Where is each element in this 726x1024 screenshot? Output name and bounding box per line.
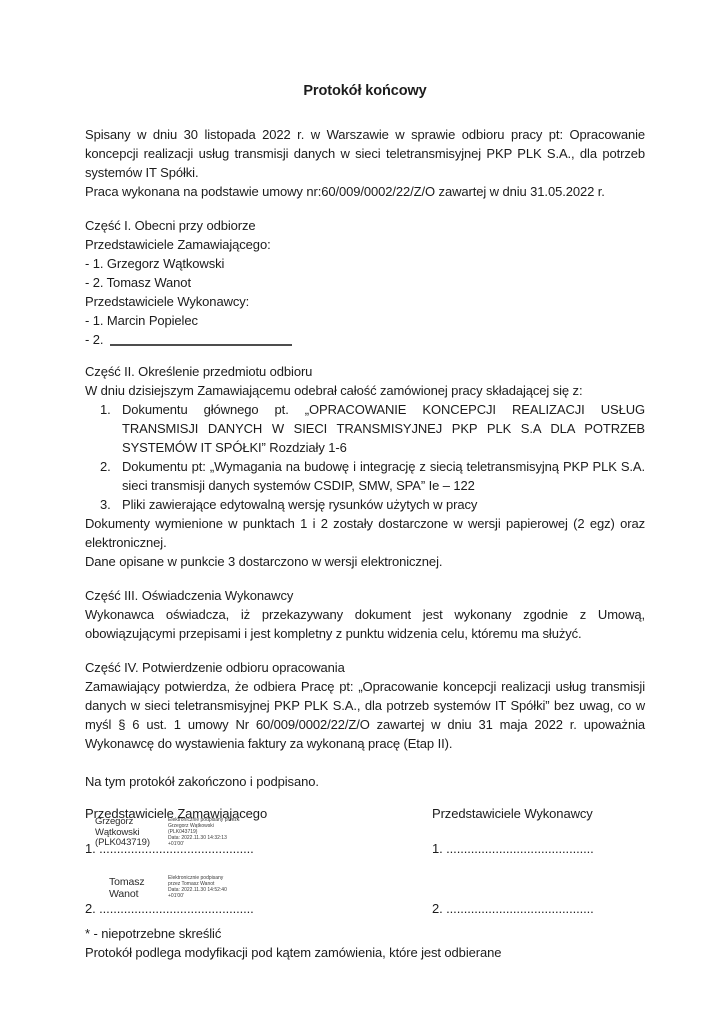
part4-heading: Część IV. Potwierdzenie odbioru opracowa… — [85, 658, 645, 677]
part3-section: Część III. Oświadczenia Wykonawcy Wykona… — [85, 586, 645, 643]
list-item: 1. Dokumentu głównego pt. „OPRACOWANIE K… — [85, 400, 645, 457]
list-item-number: 2. — [100, 457, 122, 495]
signatures-right-heading: Przedstawiciele Wykonawcy — [432, 804, 593, 823]
closing-statement: Na tym protokół zakończono i podpisano. — [85, 772, 645, 791]
list-item-text: Pliki zawierające edytowalną wersję rysu… — [122, 495, 645, 514]
list-item: 2. Dokumentu pt: „Wymagania na budowę i … — [85, 457, 645, 495]
part4-body: Zamawiający potwierdza, że odbiera Pracę… — [85, 677, 645, 753]
footer-note: * - niepotrzebne skreślić — [85, 924, 645, 943]
list-item-text: Dokumentu głównego pt. „OPRACOWANIE KONC… — [122, 400, 645, 457]
part2-note: Dokumenty wymienione w punktach 1 i 2 zo… — [85, 514, 645, 552]
part1-ordering-label: Przedstawiciele Zamawiającego: — [85, 235, 645, 254]
document-page: Protokół końcowy Spisany w dniu 30 listo… — [0, 0, 726, 1024]
part1-blank-member-line: - 2. — [85, 330, 645, 349]
part3-heading: Część III. Oświadczenia Wykonawcy — [85, 586, 645, 605]
part1-section: Część I. Obecni przy odbiorze Przedstawi… — [85, 216, 645, 349]
signatures-section: Przedstawiciele Zamawiającego Przedstawi… — [85, 804, 645, 924]
part4-section: Część IV. Potwierdzenie odbioru opracowa… — [85, 658, 645, 753]
list-item-number: 1. — [100, 400, 122, 457]
contract-reference-line: Praca wykonana na podstawie umowy nr:60/… — [85, 182, 645, 201]
list-item-text: Dokumentu pt: „Wymagania na budowę i int… — [122, 457, 645, 495]
part2-note: Dane opisane w punkcie 3 dostarczono w w… — [85, 552, 645, 571]
intro-paragraph: Spisany w dniu 30 listopada 2022 r. w Wa… — [85, 125, 645, 182]
part1-heading: Część I. Obecni przy odbiorze — [85, 216, 645, 235]
part3-body: Wykonawca oświadcza, iż przekazywany dok… — [85, 605, 645, 643]
signature-line: 2. .....................................… — [432, 899, 594, 918]
signature-line: 1. .....................................… — [85, 839, 254, 858]
part2-section: Część II. Określenie przedmiotu odbioru … — [85, 362, 645, 571]
part1-contractor-label: Przedstawiciele Wykonawcy: — [85, 292, 645, 311]
digital-signature-stamp: Elektronicznie podpisany przez Tomasz Wa… — [168, 875, 227, 899]
document-title: Protokół końcowy — [85, 82, 645, 101]
part1-ordering-member: - 2. Tomasz Wanot — [85, 273, 645, 292]
list-item-number: 3. — [100, 495, 122, 514]
blank-signature-underline — [110, 344, 292, 346]
signature-line: 1. .....................................… — [432, 839, 594, 858]
intro-section: Spisany w dniu 30 listopada 2022 r. w Wa… — [85, 125, 645, 201]
part2-heading: Część II. Określenie przedmiotu odbioru — [85, 362, 645, 381]
digital-signature-name: Tomasz Wanot — [109, 876, 145, 900]
footer-note: Protokół podlega modyfikacji pod kątem z… — [85, 943, 645, 962]
part1-contractor-member: - 1. Marcin Popielec — [85, 311, 645, 330]
part1-ordering-member: - 1. Grzegorz Wątkowski — [85, 254, 645, 273]
signature-line: 2. .....................................… — [85, 899, 254, 918]
list-item: 3. Pliki zawierające edytowalną wersję r… — [85, 495, 645, 514]
part1-blank-member-prefix: - 2. — [85, 330, 103, 349]
part2-intro: W dniu dzisiejszym Zamawiającemu odebrał… — [85, 381, 645, 400]
